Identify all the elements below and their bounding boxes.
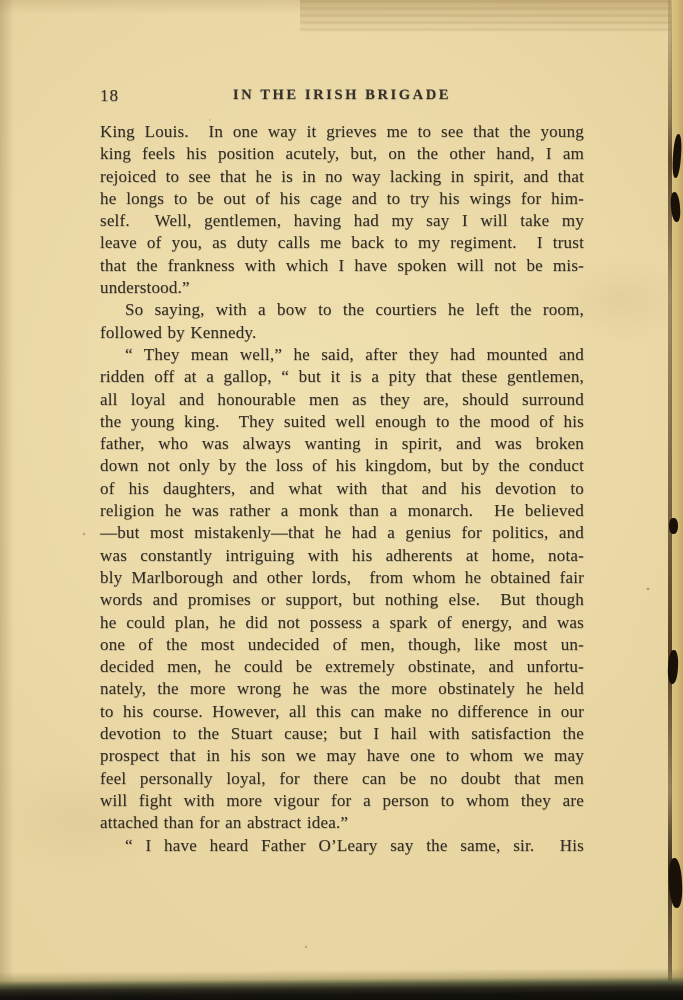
text-line: decided men, he could be extremely obsti… [100, 656, 584, 678]
text-line: rejoiced to see that he is in no way lac… [100, 166, 584, 188]
text-line: followed by Kennedy. [100, 322, 584, 344]
book-bottom-edge [0, 968, 683, 1000]
text-line: attached than for an abstract idea.” [100, 812, 584, 834]
text-line: prospect that in his son we may have one… [100, 745, 584, 767]
text-line: self. Well, gentlemen, having had my say… [100, 210, 584, 232]
text-line: of his daughters, and what with that and… [100, 478, 584, 500]
paragraph: “ I have heard Father O’Leary say the sa… [100, 835, 584, 857]
text-line: “ They mean well,” he said, after they h… [100, 344, 584, 366]
text-line: King Louis. In one way it grieves me to … [100, 121, 584, 143]
text-line: he could plan, he did not possess a spar… [100, 612, 584, 634]
text-line: “ I have heard Father O’Leary say the sa… [100, 835, 584, 857]
text-line: So saying, with a bow to the courtiers h… [100, 299, 584, 321]
text-line: bly Marlborough and other lords, from wh… [100, 567, 584, 589]
text-line: that the frankness with which I have spo… [100, 255, 584, 277]
text-line: down not only by the loss of his kingdom… [100, 455, 584, 477]
text-line: father, who was always wanting in spirit… [100, 433, 584, 455]
page-edge-crease [668, 0, 672, 988]
edge-ink-mark [669, 518, 678, 534]
text-line: king feels his position acutely, but, on… [100, 143, 584, 165]
text-line: one of the most undecided of men, though… [100, 634, 584, 656]
text-line: religion he was rather a monk than a mon… [100, 500, 584, 522]
paragraph: “ They mean well,” he said, after they h… [100, 344, 584, 835]
text-line: ridden off at a gallop, “ but it is a pi… [100, 366, 584, 388]
text-line: was constantly intriguing with his adher… [100, 545, 584, 567]
text-line: to his course. However, all this can mak… [100, 701, 584, 723]
text-line: feel personally loyal, for there can be … [100, 768, 584, 790]
text-block: King Louis. In one way it grieves me to … [100, 121, 584, 857]
text-line: nately, the more wrong he was the more o… [100, 678, 584, 700]
scanner-streaks [300, 0, 683, 34]
paragraph: King Louis. In one way it grieves me to … [100, 121, 584, 299]
text-line: understood.” [100, 277, 584, 299]
book-page-scan: 18 IN THE IRISH BRIGADE King Louis. In o… [0, 0, 683, 1000]
running-title: IN THE IRISH BRIGADE [100, 87, 584, 104]
text-line: leave of you, as duty calls me back to m… [100, 232, 584, 254]
text-line: will fight with more vigour for a person… [100, 790, 584, 812]
left-edge-shade [0, 0, 14, 1000]
text-line: he longs to be out of his cage and to tr… [100, 188, 584, 210]
text-line: devotion to the Stuart cause; but I hail… [100, 723, 584, 745]
top-edge-shade [0, 0, 300, 14]
paragraph: So saying, with a bow to the courtiers h… [100, 299, 584, 344]
page-header: 18 IN THE IRISH BRIGADE [100, 86, 584, 108]
text-line: —but most mistakenly—that he had a geniu… [100, 522, 584, 544]
text-line: the young king. They suited well enough … [100, 411, 584, 433]
text-line: all loyal and honourable men as they are… [100, 389, 584, 411]
text-line: words and promises or support, but nothi… [100, 589, 584, 611]
